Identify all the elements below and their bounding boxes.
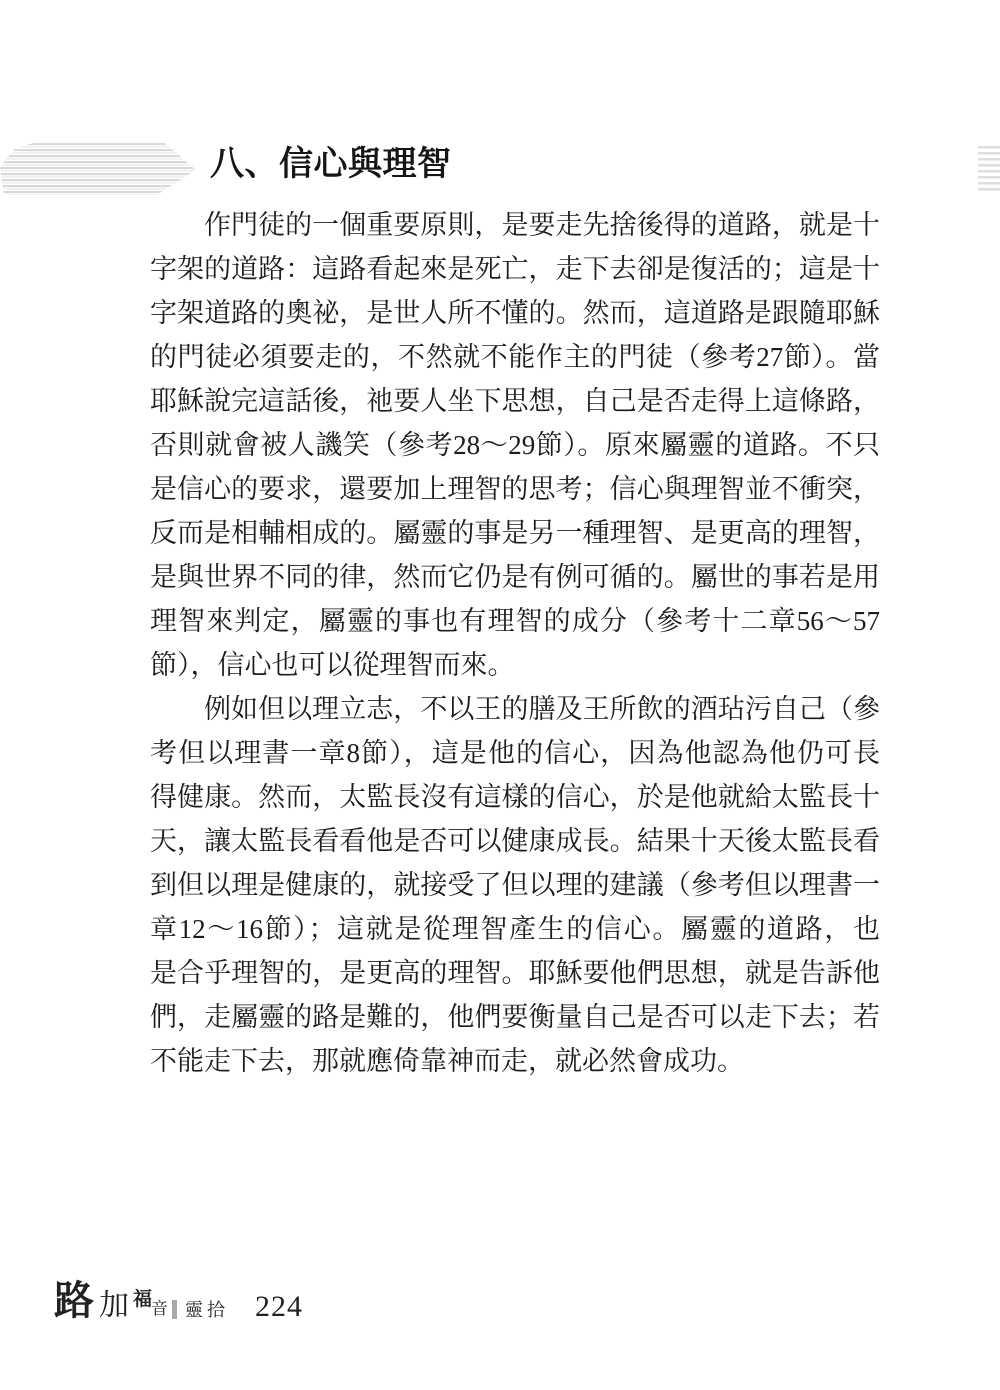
book-title-char-fu: 福 [133, 1290, 152, 1309]
text-line: 到但以理是健康的，就接受了但以理的建議（參考但以理書一 [150, 863, 880, 907]
text-line: 們，走屬靈的路是難的，他們要衡量自己是否可以走下去；若 [150, 995, 880, 1039]
section-heading: 八、信心與理智 [210, 140, 452, 190]
text-line: 考但以理書一章8節），這是他的信心，因為他認為他仍可長 [150, 731, 880, 775]
paragraph-2: 例如但以理立志，不以王的膳及王所飲的酒玷污自己（參 考但以理書一章8節），這是他… [150, 687, 880, 1083]
text-line: 不能走下去，那就應倚靠神而走，就必然會成功。 [150, 1039, 880, 1083]
text-line: 例如但以理立志，不以王的膳及王所飲的酒玷污自己（參 [150, 687, 880, 731]
paragraph-1: 作門徒的一個重要原則，是要走先捨後得的道路，就是十 字架的道路：這路看起來是死亡… [150, 203, 880, 687]
text-line: 天，讓太監長看看他是否可以健康成長。結果十天後太監長看 [150, 819, 880, 863]
text-line: 理智來判定，屬靈的事也有理智的成分（參考十二章56～57 [150, 599, 880, 643]
page-footer: 路 加 福 音 靈拾 224 [54, 1281, 303, 1321]
header-right-stripe-decoration [978, 146, 1000, 191]
text-line: 反而是相輔相成的。屬靈的事是另一種理智、是更高的理智， [150, 511, 880, 555]
text-line: 耶穌說完這話後，祂要人坐下思想，自己是否走得上這條路， [150, 379, 880, 423]
book-title-subscript: 福 音 [133, 1291, 170, 1321]
text-line: 的門徒必須要走的，不然就不能作主的門徒（參考27節）。當 [150, 335, 880, 379]
text-line: 是合乎理智的，是更高的理智。耶穌要他們思想，就是告訴他 [150, 951, 880, 995]
text-line: 否則就會被人譏笑（參考28～29節）。原來屬靈的道路。不只 [150, 423, 880, 467]
text-line: 字架的道路：這路看起來是死亡，走下去卻是復活的；這是十 [150, 247, 880, 291]
footer-divider-bar [172, 1300, 177, 1319]
text-line: 是信心的要求，還要加上理智的思考；信心與理智並不衝突， [150, 467, 880, 511]
header-left-stripe-decoration [0, 143, 196, 195]
body-text: 作門徒的一個重要原則，是要走先捨後得的道路，就是十 字架的道路：這路看起來是死亡… [150, 203, 880, 1083]
page-number: 224 [255, 1293, 303, 1321]
book-title-char-yin: 音 [151, 1300, 168, 1317]
series-label: 靈拾 [185, 1301, 229, 1319]
book-page: 八、信心與理智 作門徒的一個重要原則，是要走先捨後得的道路，就是十 字架的道路：… [0, 0, 1000, 1390]
text-line: 章12～16節）；這就是從理智產生的信心。屬靈的道路，也 [150, 907, 880, 951]
text-line: 節），信心也可以從理智而來。 [150, 643, 880, 687]
book-title-char-jia: 加 [99, 1291, 129, 1321]
book-title-char-lu: 路 [54, 1281, 94, 1321]
text-line: 是與世界不同的律，然而它仍是有例可循的。屬世的事若是用 [150, 555, 880, 599]
text-line: 作門徒的一個重要原則，是要走先捨後得的道路，就是十 [150, 203, 880, 247]
text-line: 字架道路的奧祕，是世人所不懂的。然而，這道路是跟隨耶穌 [150, 291, 880, 335]
text-line: 得健康。然而，太監長沒有這樣的信心，於是他就給太監長十 [150, 775, 880, 819]
